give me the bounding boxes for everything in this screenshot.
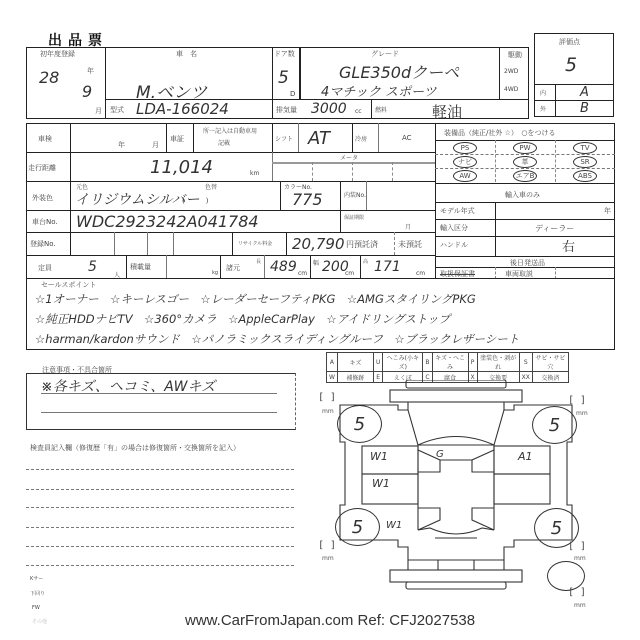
mm-unit: mm: [574, 602, 586, 609]
doors-cell: ドア数 5 D: [272, 47, 300, 100]
equipment-leather[interactable]: 革: [513, 156, 537, 168]
height-label: 高: [363, 258, 368, 265]
bottom-label-2: 下回り: [30, 590, 45, 597]
bottom-label-1: Kサー: [30, 575, 43, 582]
mileage-value: 11,014: [150, 157, 213, 178]
inspection-month-unit: 月: [152, 140, 159, 150]
width-unit: cm: [345, 270, 354, 277]
damage-mark-front-right-door: A1: [518, 450, 533, 463]
load-unit: kg: [212, 270, 218, 276]
height-value: 171: [374, 259, 401, 275]
dimensions-label: 諸元: [226, 263, 240, 273]
legend-code: A: [327, 353, 338, 372]
model-year-label: モデル年式: [440, 206, 475, 216]
mm-unit: mm: [322, 555, 334, 562]
handle-value: 右: [562, 236, 575, 255]
import-section-label: 輸入車のみ: [505, 190, 540, 200]
interior-no-label: 内装No.: [344, 190, 366, 199]
drive-label: 駆動: [508, 50, 522, 60]
recycle-value: 20,790: [292, 235, 345, 253]
fuel-cell: 燃料 軽油: [371, 99, 529, 119]
sales-points-label: セールスポイント: [41, 280, 96, 290]
equipment-abs[interactable]: ABS: [573, 170, 597, 182]
color-change-paren: ( ): [182, 196, 208, 206]
model-year-unit: 年: [604, 206, 611, 216]
aircon-label: 冷房: [355, 134, 367, 143]
shaken-note-2: 記載: [218, 138, 230, 147]
shift-value: AT: [308, 128, 330, 149]
shaken-note: 所一記入は自動車用: [203, 126, 257, 135]
import-type-label: 輸入区分: [440, 223, 468, 233]
capacity-label: 定員: [38, 263, 52, 273]
equipment-tv[interactable]: TV: [573, 142, 597, 154]
chassis-value: WDC2923242A041784: [76, 212, 259, 231]
grade-label: グレード: [371, 49, 399, 59]
inspector-notes-label: 検査員記入欄（修復歴「有」の場合は修復箇所・交換箇所を記入）: [30, 443, 240, 453]
equipment-navi[interactable]: ナビ: [453, 156, 477, 168]
fuel-value: 軽油: [432, 101, 462, 122]
displacement-label: 排気量: [276, 105, 297, 115]
exterior-score-cell: 外 B: [534, 100, 614, 117]
equipment-pw[interactable]: PW: [513, 142, 537, 154]
first-registration-label: 初年度登録: [40, 49, 75, 59]
recycle-unit: 円預託済: [346, 239, 378, 250]
tire-front-right: 5: [532, 406, 577, 444]
model-code-cell: 型式 LDA-166024: [105, 99, 273, 119]
shaken-label: 車証: [170, 134, 184, 144]
damage-mark-front-left-door: W1: [370, 450, 388, 463]
legend-code: B: [423, 353, 432, 372]
exterior-color-value: イリジウムシルバー: [75, 189, 200, 209]
displacement-unit: cc: [355, 108, 362, 115]
warranty-unit: 月: [405, 222, 411, 231]
legend-code: U: [373, 353, 382, 372]
damage-mark-windshield: G: [436, 449, 444, 460]
damage-mark-rear-left-door: W1: [372, 477, 390, 490]
height-unit: cm: [416, 270, 425, 277]
exterior-score: B: [580, 101, 589, 116]
watermark: www.CarFromJapan.com Ref: CFJ2027538: [185, 612, 475, 629]
meter-label: メータ: [340, 153, 358, 162]
equipment-ps[interactable]: PS: [453, 142, 477, 154]
equipment-label: 装備品（純正/社外 ☆） ○をつける: [444, 128, 555, 138]
color-change-label: 色替: [205, 182, 217, 191]
interior-label: 内: [540, 88, 546, 97]
car-name-cell: 車 名 M.ベンツ: [105, 47, 273, 100]
mileage-unit: km: [250, 170, 259, 177]
mileage-label: 走行距離: [28, 163, 56, 173]
fuel-label: 燃料: [375, 105, 387, 114]
legend-code: P: [468, 353, 477, 372]
year-unit: 年: [87, 66, 94, 76]
legend-code: S: [519, 353, 532, 372]
legend-desc: キズ・へこみ: [432, 353, 468, 372]
mm-unit: mm: [576, 410, 588, 417]
length-value: 489: [270, 259, 297, 275]
tread-bracket-rl: [ ]: [318, 540, 336, 551]
equipment-sr[interactable]: SR: [573, 156, 597, 168]
tire-front-left: 5: [337, 405, 382, 443]
drive-option-4wd: 4WD: [504, 86, 518, 93]
load-label: 積載量: [130, 262, 151, 272]
tire-rear-left: 5: [335, 508, 380, 546]
displacement-value: 3000: [311, 101, 347, 117]
doors-unit: D: [290, 90, 295, 98]
model-code-value: LDA-166024: [136, 100, 229, 118]
recycle-label: リサイクル料金: [238, 240, 272, 247]
grade-line2: 4マチック スポーツ: [321, 81, 437, 100]
damage-legend: A キズ U へこみ(小キズ) B キズ・へこみ P 塗装色・剥がれ S サビ・…: [326, 352, 569, 383]
mm-unit: mm: [322, 408, 334, 415]
legend-desc: キズ: [337, 353, 373, 372]
month-unit: 月: [95, 106, 102, 116]
import-type-value: ディーラー: [535, 223, 574, 234]
length-unit: cm: [298, 270, 307, 277]
tread-bracket-fl: [ ]: [318, 392, 336, 403]
tread-bracket-rr: [ ]: [568, 541, 586, 552]
shift-label: シフト: [275, 134, 293, 143]
displacement-cell: 排気量 3000 cc: [272, 99, 372, 119]
inspection-year-unit: 年: [118, 140, 125, 150]
exterior-color-label: 外装色: [32, 193, 53, 203]
warranty-label: 保証期限: [344, 214, 364, 221]
inspection-label: 車検: [38, 134, 52, 144]
notes-box: ※各キズ、ヘコミ、AWキズ: [26, 373, 296, 430]
equipment-airbag[interactable]: エアB: [513, 170, 537, 182]
length-label: 長: [256, 258, 261, 265]
chassis-label: 車台No.: [32, 217, 58, 227]
first-registration-year: 28: [39, 68, 59, 87]
car-name-label: 車 名: [176, 49, 197, 59]
sales-point-line-2: ☆純正HDDナビTV ☆360°カメラ ☆AppleCarPlay ☆アイドリン…: [35, 311, 450, 327]
legend-desc: へこみ(小キズ): [383, 353, 423, 372]
drive-option-2wd: 2WD: [504, 68, 518, 75]
equipment-aw[interactable]: AW: [453, 170, 477, 182]
bottom-label-4: その他: [32, 618, 47, 625]
interior-score: A: [580, 85, 589, 100]
first-registration-cell: 初年度登録 28 年 9 月: [26, 47, 106, 119]
exterior-label: 外: [540, 104, 546, 113]
mm-unit: mm: [574, 555, 586, 562]
tread-bracket-fr: [ ]: [568, 395, 586, 406]
recycle-unpaid: 未預託: [398, 239, 422, 250]
legend-desc: サビ・サビ穴: [532, 353, 568, 372]
sales-points-box: セールスポイント ☆1オーナー ☆キーレスゴー ☆レーダーセーフティPKG ☆A…: [26, 278, 615, 350]
capacity-value: 5: [88, 259, 97, 275]
score-label: 評価点: [559, 37, 580, 47]
color-no-value: 775: [292, 190, 323, 209]
bottom-label-3: FW: [32, 605, 40, 611]
grade-cell: グレード GLE350dクーペ 4マチック スポーツ: [300, 47, 500, 100]
doors-value: 5: [278, 68, 289, 88]
interior-score-cell: 内 A: [534, 84, 614, 101]
score-cell: 評価点 5: [534, 33, 614, 85]
model-code-label: 型式: [110, 105, 124, 115]
sales-point-line-3: ☆harman/kardonサウンド ☆パノラミックスライディングルーフ ☆ブラ…: [35, 331, 519, 347]
legend-desc: 塗装色・剥がれ: [477, 353, 519, 372]
width-label: 幅: [313, 258, 319, 267]
reg-no-label: 登録No.: [30, 239, 56, 249]
grade-line1: GLE350dクーペ: [339, 60, 459, 83]
first-registration-month: 9: [82, 82, 92, 101]
drive-cell: 駆動 2WD 4WD: [499, 47, 529, 100]
tread-bracket-spare: [ ]: [568, 587, 586, 598]
damage-mark-rear-left-fender: W1: [386, 520, 402, 531]
sales-point-line-1: ☆1オーナー ☆キーレスゴー ☆レーダーセーフティPKG ☆AMGスタイリングP…: [35, 291, 476, 307]
score-value: 5: [565, 54, 577, 76]
doors-label: ドア数: [274, 49, 295, 59]
aircon-value: AC: [402, 134, 412, 142]
handle-label: ハンドル: [440, 240, 468, 250]
